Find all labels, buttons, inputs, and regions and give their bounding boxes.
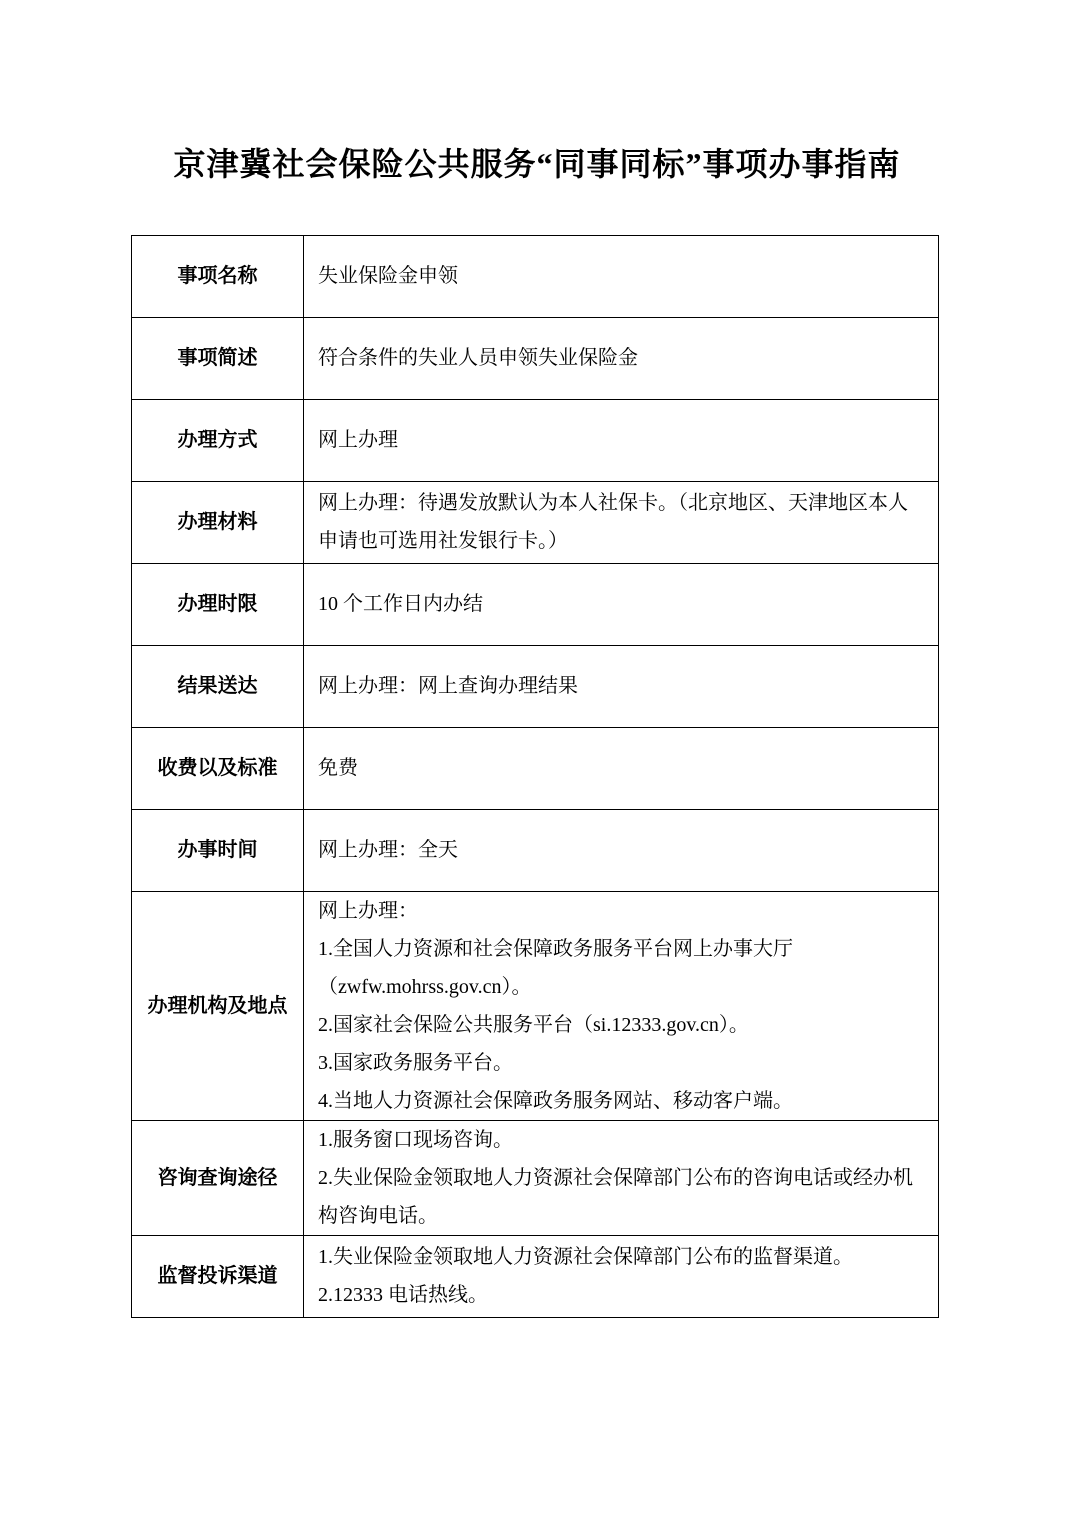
row-label: 咨询查询途径 (132, 1120, 304, 1235)
document-title: 京津冀社会保险公共服务“同事同标”事项办事指南 (0, 0, 1074, 187)
row-label: 办理方式 (132, 399, 304, 481)
row-label: 结果送达 (132, 645, 304, 727)
row-value: 网上办理 (304, 399, 939, 481)
table-row: 结果送达 网上办理：网上查询办理结果 (132, 645, 939, 727)
row-value: 符合条件的失业人员申领失业保险金 (304, 317, 939, 399)
row-value: 网上办理：全天 (304, 809, 939, 891)
row-value: 失业保险金申领 (304, 235, 939, 317)
table-row: 办事时间 网上办理：全天 (132, 809, 939, 891)
row-label: 监督投诉渠道 (132, 1235, 304, 1317)
row-label: 办理机构及地点 (132, 891, 304, 1120)
table-row: 办理时限 10 个工作日内办结 (132, 563, 939, 645)
row-value: 免费 (304, 727, 939, 809)
table-row: 咨询查询途径 1.服务窗口现场咨询。 2.失业保险金领取地人力资源社会保障部门公… (132, 1120, 939, 1235)
row-value: 网上办理：待遇发放默认为本人社保卡。（北京地区、天津地区本人申请也可选用社发银行… (304, 481, 939, 563)
table-row: 监督投诉渠道 1.失业保险金领取地人力资源社会保障部门公布的监督渠道。 2.12… (132, 1235, 939, 1317)
row-label: 办事时间 (132, 809, 304, 891)
table-row: 办理机构及地点 网上办理： 1.全国人力资源和社会保障政务服务平台网上办事大厅（… (132, 891, 939, 1120)
row-value: 1.服务窗口现场咨询。 2.失业保险金领取地人力资源社会保障部门公布的咨询电话或… (304, 1120, 939, 1235)
row-label: 收费以及标准 (132, 727, 304, 809)
guide-table: 事项名称 失业保险金申领 事项简述 符合条件的失业人员申领失业保险金 办理方式 … (131, 235, 939, 1318)
table-row: 收费以及标准 免费 (132, 727, 939, 809)
row-label: 办理材料 (132, 481, 304, 563)
table-row: 办理方式 网上办理 (132, 399, 939, 481)
row-value: 网上办理： 1.全国人力资源和社会保障政务服务平台网上办事大厅（zwfw.moh… (304, 891, 939, 1120)
table-row: 事项简述 符合条件的失业人员申领失业保险金 (132, 317, 939, 399)
row-label: 办理时限 (132, 563, 304, 645)
table-row: 办理材料 网上办理：待遇发放默认为本人社保卡。（北京地区、天津地区本人申请也可选… (132, 481, 939, 563)
row-label: 事项名称 (132, 235, 304, 317)
document-page: 京津冀社会保险公共服务“同事同标”事项办事指南 事项名称 失业保险金申领 事项简… (0, 0, 1074, 1520)
table-row: 事项名称 失业保险金申领 (132, 235, 939, 317)
row-value: 10 个工作日内办结 (304, 563, 939, 645)
row-value: 网上办理：网上查询办理结果 (304, 645, 939, 727)
row-value: 1.失业保险金领取地人力资源社会保障部门公布的监督渠道。 2.12333 电话热… (304, 1235, 939, 1317)
row-label: 事项简述 (132, 317, 304, 399)
